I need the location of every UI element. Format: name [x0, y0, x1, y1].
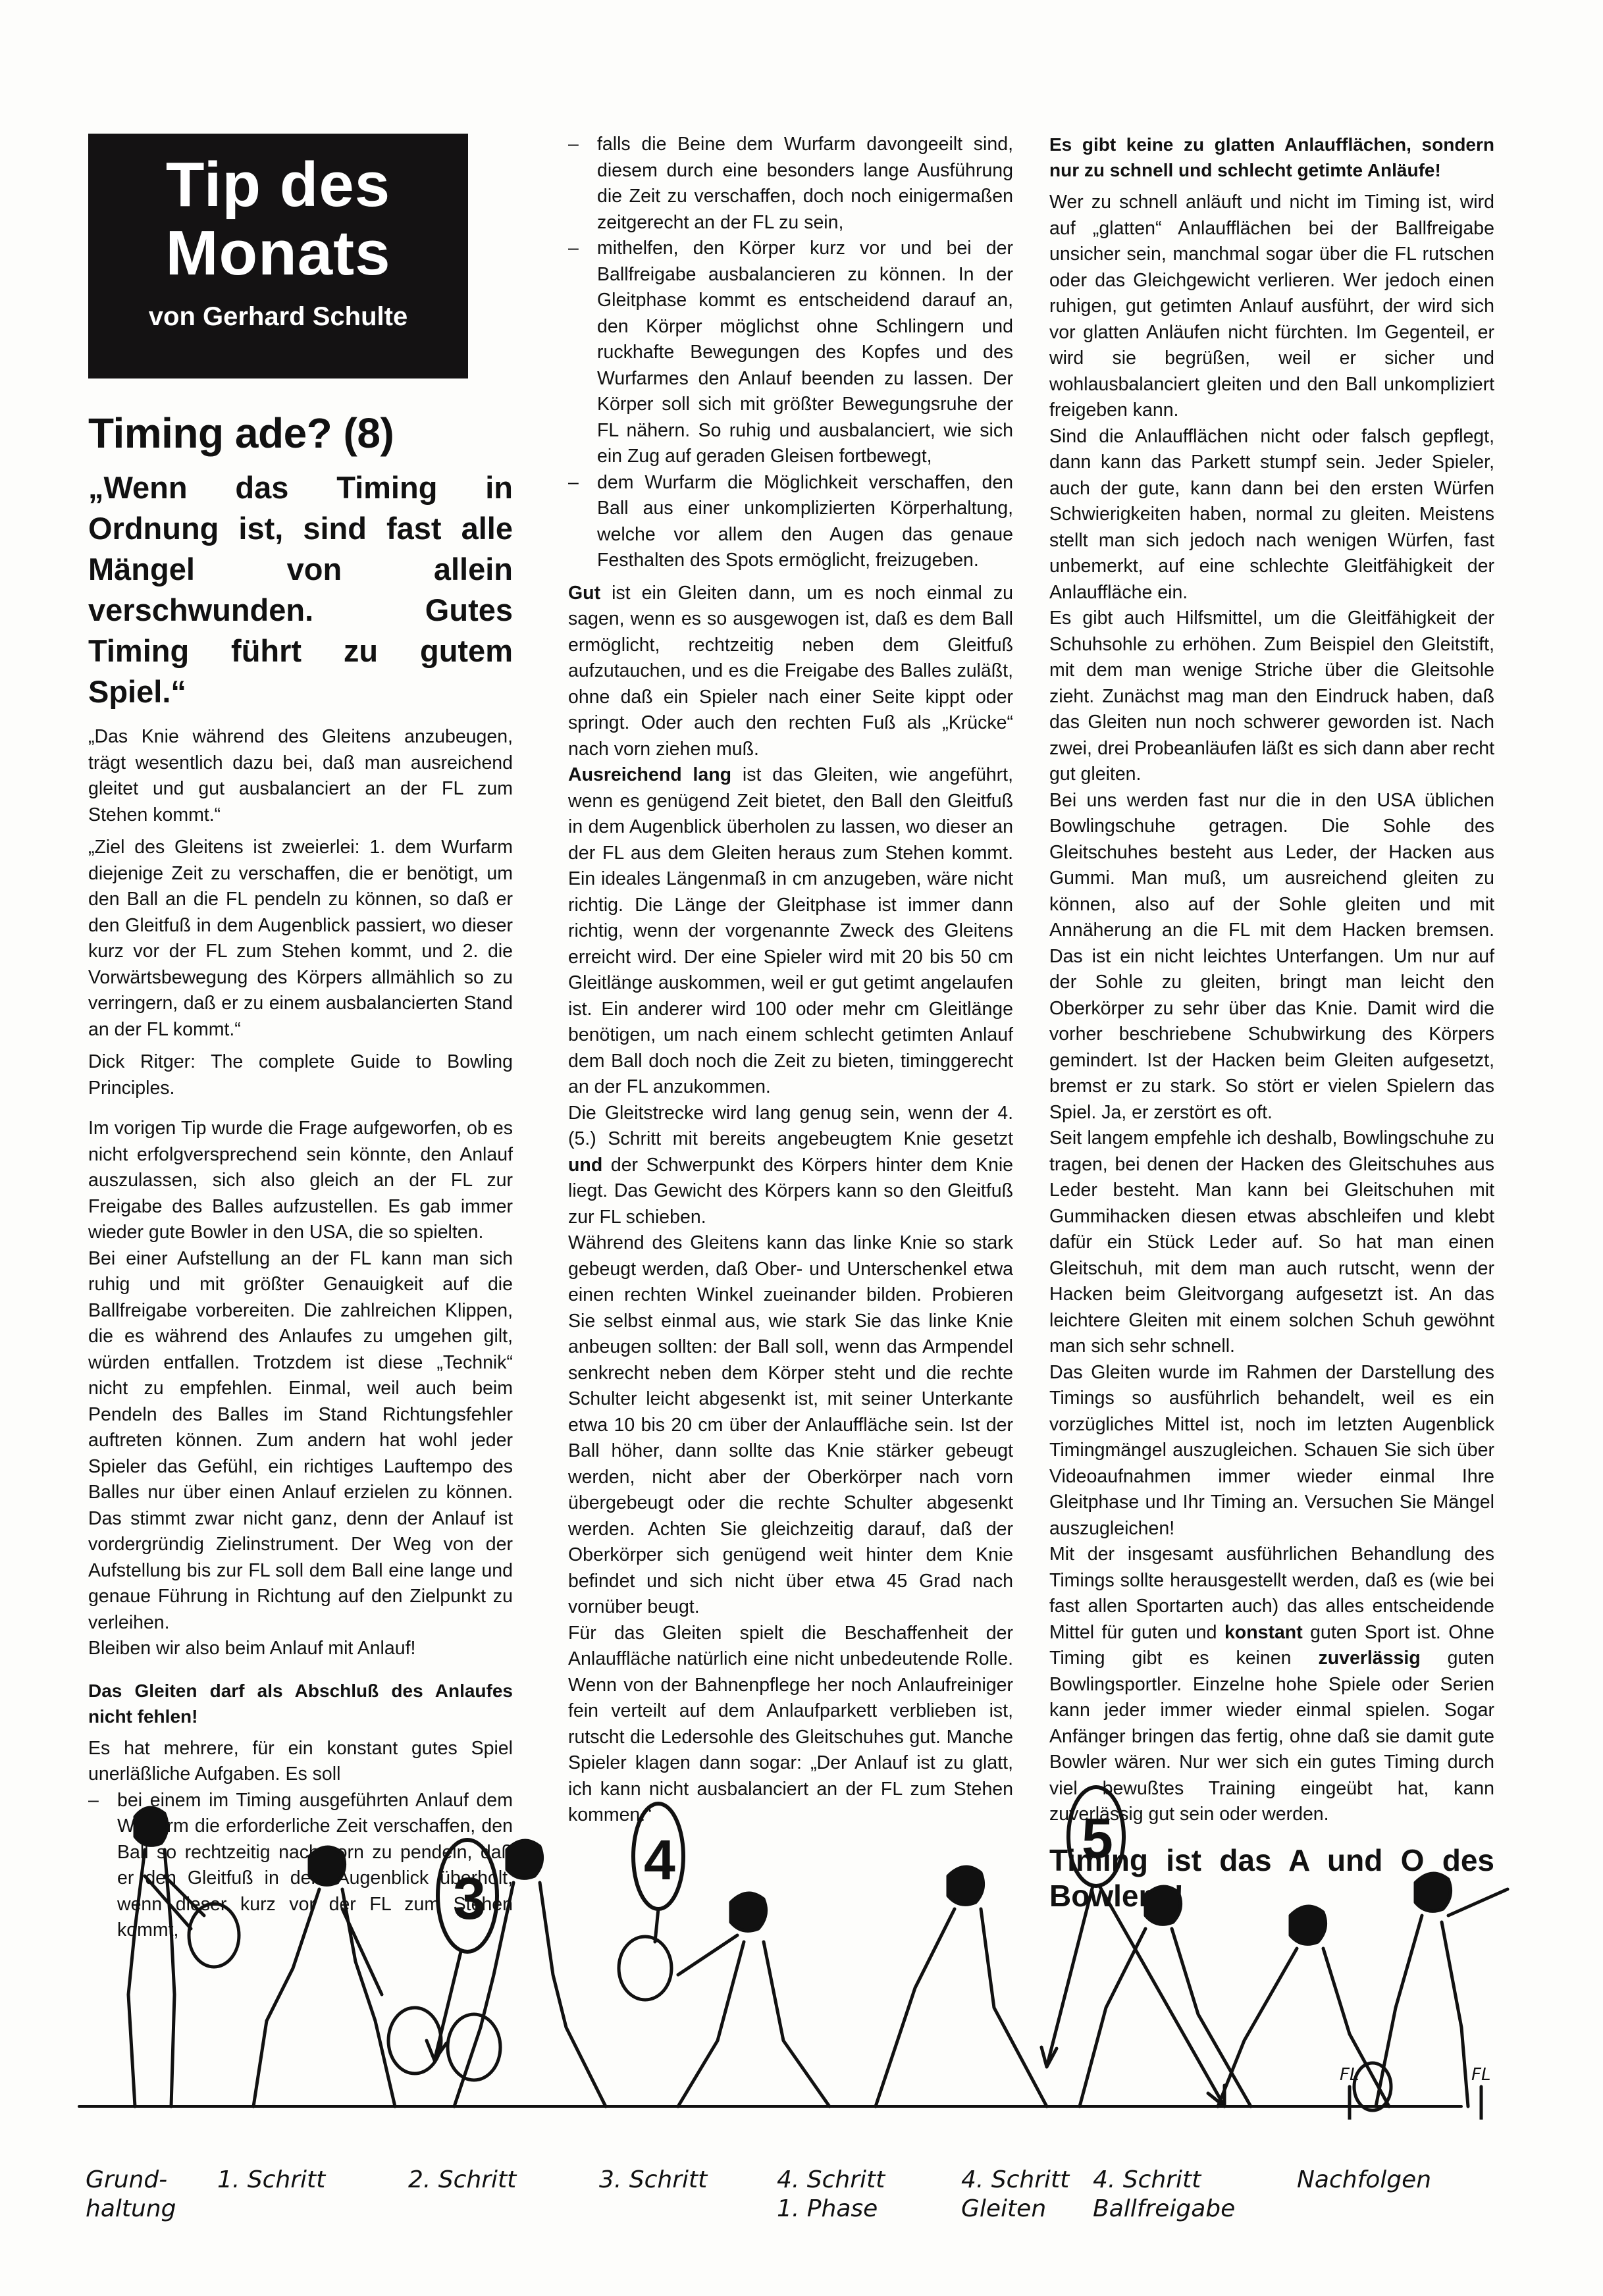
paragraph: Die Gleitstrecke wird lang genug sein, w… [568, 1101, 1013, 1231]
quote-source: Dick Ritger: The complete Guide to Bowli… [88, 1049, 513, 1101]
illustration-captions: Grund- haltung 1. Schritt 2. Schritt 3. … [66, 2166, 1537, 2245]
caption-step2: 2. Schritt [408, 2166, 516, 2195]
svg-text:3: 3 [453, 1866, 486, 1932]
bowler-figure-slide [1080, 1887, 1251, 2106]
column-title-block: Tip des Monats von Gerhard Schulte [88, 134, 468, 378]
svg-text:FL: FL [1340, 2065, 1359, 2085]
bold-term: konstant [1224, 1622, 1303, 1643]
task-list-continued: falls die Beine dem Wurfarm davongeeilt … [568, 132, 1013, 574]
text-column-2: falls die Beine dem Wurfarm davongeeilt … [568, 132, 1013, 1829]
text-column-1: Timing ade? (8) „Wenn das Timing in Ordn… [88, 408, 513, 1944]
paragraph: Ausreichend lang ist das Gleiten, wie an… [568, 762, 1013, 1101]
subheading: Es gibt keine zu glatten Anlaufflächen, … [1049, 132, 1494, 183]
paragraph: Sind die Anlaufflächen nicht oder falsch… [1049, 424, 1494, 606]
bold-term: Ausreichend lang [568, 764, 731, 785]
bowler-figure-step3 [619, 1893, 829, 2106]
paragraph: Bei uns werden fast nur die in den USA ü… [1049, 788, 1494, 1126]
bowling-approach-illustration: 3 4 5 [66, 1777, 1537, 2120]
bold-term: Gut [568, 583, 600, 604]
caption-step4-slide: 4. Schritt Gleiten [961, 2166, 1069, 2224]
list-item: falls die Beine dem Wurfarm davongeeilt … [568, 132, 1013, 236]
bowler-figure-release [1218, 1906, 1391, 2110]
bold-term: und [568, 1155, 602, 1176]
quote-paragraph-2: „Ziel des Gleitens ist zweierlei: 1. dem… [88, 835, 513, 1043]
column-title-line1: Tip des [88, 151, 468, 219]
bowler-figure-stance [128, 1808, 239, 2106]
bowler-figure-step1 [253, 1847, 441, 2106]
step-marker-5: 5 [1041, 1787, 1224, 2106]
list-item: dem Wurfarm die Möglichkeit verschaffen,… [568, 470, 1013, 574]
subheading: Das Gleiten darf als Abschluß des Anlauf… [88, 1678, 513, 1729]
bold-term: zuverlässig [1318, 1648, 1420, 1669]
caption-step1: 1. Schritt [217, 2166, 325, 2195]
lead-quote: „Wenn das Timing in Ordnung ist, sind fa… [88, 467, 513, 712]
paragraph: Im vorigen Tip wurde die Frage aufgeworf… [88, 1116, 513, 1246]
column-title-line2: Monats [88, 219, 468, 288]
svg-text:4: 4 [644, 1829, 675, 1892]
magazine-page: Tip des Monats von Gerhard Schulte Timin… [0, 0, 1603, 2296]
paragraph: Seit langem empfehle ich deshalb, Bowlin… [1049, 1126, 1494, 1360]
paragraph: Das Gleiten wurde im Rahmen der Darstell… [1049, 1360, 1494, 1542]
caption-follow-through: Nachfolgen [1297, 2166, 1431, 2195]
caption-step4-release: 4. Schritt Ballfreigabe [1093, 2166, 1235, 2224]
paragraph: Gut ist ein Gleiten dann, um es noch ein… [568, 581, 1013, 763]
article-headline: Timing ade? (8) [88, 408, 513, 458]
text-column-3: Es gibt keine zu glatten Anlaufflächen, … [1049, 132, 1494, 1914]
byline: von Gerhard Schulte [88, 302, 468, 332]
paragraph: Bleiben wir also beim Anlauf mit Anlauf! [88, 1636, 513, 1662]
svg-text:5: 5 [1082, 1807, 1113, 1870]
paragraph: Während des Gleitens kann das linke Knie… [568, 1230, 1013, 1621]
caption-grundhaltung: Grund- haltung [86, 2166, 176, 2224]
svg-text:FL: FL [1471, 2065, 1490, 2085]
bowler-figure-step4-phase1 [876, 1867, 1047, 2106]
paragraph: Bei einer Aufstellung an der FL kann man… [88, 1246, 513, 1636]
paragraph: Wer zu schnell anläuft und nicht im Timi… [1049, 190, 1494, 424]
list-item: mithelfen, den Körper kurz vor und bei d… [568, 236, 1013, 470]
caption-step3: 3. Schritt [599, 2166, 707, 2195]
quote-paragraph-1: „Das Knie während des Gleitens anzubeuge… [88, 724, 513, 828]
paragraph: Es gibt auch Hilfsmittel, um die Gleitfä… [1049, 606, 1494, 788]
step-marker-4: 4 [633, 1804, 683, 1942]
caption-step4-phase1: 4. Schritt 1. Phase [777, 2166, 885, 2224]
